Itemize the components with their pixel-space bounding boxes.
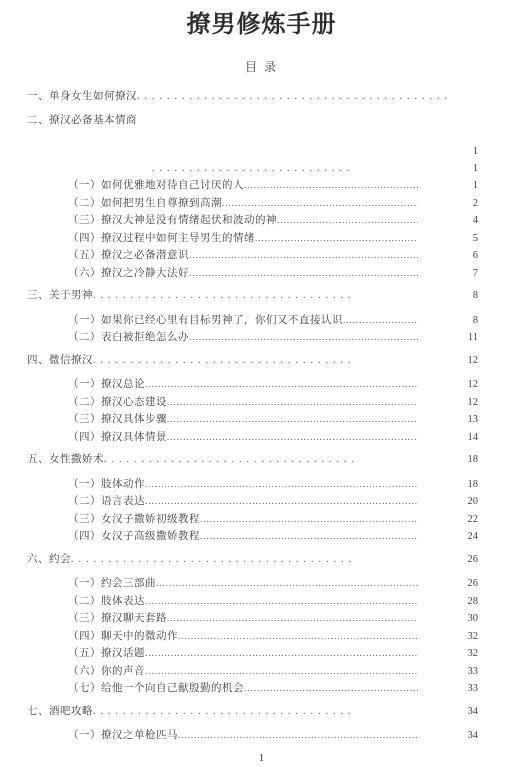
toc-chapter-row: 七、酒吧攻略34 <box>0 704 523 721</box>
toc-entry-page: 32 <box>452 646 478 663</box>
toc-entry-label: （七）给他一个向自己献殷勤的机会 <box>68 681 244 698</box>
toc-entry-page: 18 <box>452 477 478 494</box>
toc-entry-page: 12 <box>452 353 478 370</box>
toc-entry-label: 一、单身女生如何撩汉 <box>27 89 137 106</box>
toc-entry-page: 1 <box>452 178 478 195</box>
toc-entry-page: 24 <box>452 529 478 546</box>
dot-leader <box>152 161 355 178</box>
toc-entry-row: （七）给他一个向自己献殷勤的机会33 <box>0 680 523 698</box>
dot-leader <box>71 552 355 569</box>
toc-entry-label: （一）撩汉总论 <box>68 377 145 394</box>
toc-entry-row: （一）如果你已经心里有目标男神了，你们又不直接认识8 <box>0 312 523 330</box>
dot-leader <box>255 230 418 247</box>
toc-entry-label: （五）撩汉之必备潜意识 <box>68 248 189 265</box>
toc-entry-label: （四）撩汉过程中如何主导男生的情绪 <box>68 231 255 248</box>
toc-entry-label: （二）肢体表达 <box>68 594 145 611</box>
toc-chapter-row: 二、撩汉必备基本情商 <box>0 113 523 130</box>
toc-entry-label: （四）撩汉具体情景 <box>68 430 167 447</box>
toc-entry-label: （一）如果你已经心里有目标男神了，你们又不直接认识 <box>68 313 343 330</box>
dot-leader <box>200 528 418 545</box>
toc-entry-row: （一）撩汉总论12 <box>0 376 523 394</box>
toc-entry-page: 1 <box>452 144 478 161</box>
toc-entry-page: 34 <box>452 728 478 745</box>
toc-entry-row: （四）女汉子高级撒娇教程24 <box>0 528 523 546</box>
toc-entry-label: （三）撩汉具体步骤 <box>68 412 167 429</box>
toc-entry-page: 4 <box>452 213 478 230</box>
dot-leader <box>93 353 355 370</box>
toc-entry-label: （一）如何优雅地对待自己讨厌的人 <box>68 178 244 195</box>
toc-entry-row: （四）聊天中的微动作32 <box>0 628 523 646</box>
toc-entry-label: （一）撩汉之单枪匹马 <box>68 728 178 745</box>
toc-entry-page: 13 <box>452 412 478 429</box>
toc-entry-row: （六）撩汉之冷静大法好7 <box>0 265 523 283</box>
toc-entry-label: 七、酒吧攻略 <box>27 704 93 721</box>
toc-entry-page: 6 <box>452 248 478 265</box>
toc-chapter-row: 三、关于男神8 <box>0 288 523 305</box>
dot-leader <box>189 329 418 346</box>
toc-entry-label: 五、女性撒娇术 <box>27 452 104 469</box>
toc-entry-label: 三、关于男神 <box>27 288 93 305</box>
toc-entry-page: 18 <box>452 452 478 469</box>
toc-entry-label: （三）女汉子撒娇初级教程 <box>68 512 200 529</box>
toc-entry-page: 2 <box>452 196 478 213</box>
dot-leader <box>200 511 418 528</box>
toc-entry-page: 20 <box>452 494 478 511</box>
toc-entry-page: 5 <box>452 231 478 248</box>
toc-entry-page: 33 <box>452 664 478 681</box>
toc-entry-page: 11 <box>452 330 478 347</box>
toc-entry-row: （二）撩汉心态建设12 <box>0 394 523 412</box>
dot-leader <box>167 429 418 446</box>
dot-leader <box>343 312 418 329</box>
toc-entry-row: （三）撩汉大神是没有情绪起伏和波动的神4 <box>0 212 523 230</box>
footer-page-number: 1 <box>0 752 523 764</box>
toc-entry-row: （二）表白被拒绝怎么办11 <box>0 329 523 347</box>
dot-leader <box>178 628 418 645</box>
toc-entry-page: 33 <box>452 681 478 698</box>
toc-entry-page: 14 <box>452 430 478 447</box>
dot-leader <box>167 394 418 411</box>
toc-entry-row: （三）撩汉聊天套路30 <box>0 610 523 628</box>
dot-leader <box>167 610 418 627</box>
toc-entry-label: （四）聊天中的微动作 <box>68 629 178 646</box>
dot-leader <box>156 575 418 592</box>
dot-leader <box>145 663 418 680</box>
toc-entry-label: （五）撩汉话题 <box>68 646 145 663</box>
toc-entry-label: （四）女汉子高级撒娇教程 <box>68 529 200 546</box>
toc-entry-row: （四）撩汉具体情景14 <box>0 429 523 447</box>
dot-leader <box>178 727 418 744</box>
toc-entry-row: （二）如何把男生自尊撩到高潮2 <box>0 195 523 213</box>
toc-entry-label: （三）撩汉大神是没有情绪起伏和波动的神 <box>68 213 277 230</box>
toc-entry-page: 34 <box>452 704 478 721</box>
toc-entry-page: 26 <box>452 552 478 569</box>
toc-entry-page: 12 <box>452 395 478 412</box>
toc-entry-row: （一）约会三部曲26 <box>0 575 523 593</box>
toc-entry-label: （一）约会三部曲 <box>68 576 156 593</box>
dot-leader <box>244 680 418 697</box>
toc-entry-label: 四、微信撩汉 <box>27 353 93 370</box>
toc-entry-label: （二）撩汉心态建设 <box>68 395 167 412</box>
toc-entry-row: （二）肢体表达28 <box>0 593 523 611</box>
toc-entry-label: 六、约会 <box>27 552 71 569</box>
toc-entry-row: （六）你的声音33 <box>0 663 523 681</box>
toc-entry-label: （二）表白被拒绝怎么办 <box>68 330 189 347</box>
document-page: 撩男修炼手册 目 录 一、单身女生如何撩汉二、撩汉必备基本情商11（一）如何优雅… <box>0 0 523 767</box>
toc-entry-row: 1 <box>0 144 523 161</box>
dot-leader <box>189 265 418 282</box>
dot-leader <box>93 288 355 305</box>
dot-leader <box>167 411 418 428</box>
toc-entry-label: （一）肢体动作 <box>68 477 145 494</box>
toc-entry-label: （二）如何把男生自尊撩到高潮 <box>68 196 222 213</box>
toc-entry-page: 12 <box>452 377 478 394</box>
dot-leader <box>93 704 355 721</box>
dot-leader <box>145 645 418 662</box>
dot-leader <box>145 376 418 393</box>
toc-entry-page: 8 <box>452 288 478 305</box>
dot-leader <box>145 476 418 493</box>
toc-chapter-row: 五、女性撒娇术18 <box>0 452 523 469</box>
toc-entry-page: 8 <box>452 313 478 330</box>
toc-entry-page: 30 <box>452 611 478 628</box>
toc-entry-row: （一）肢体动作18 <box>0 476 523 494</box>
toc-entry-row: （一）撩汉之单枪匹马34 <box>0 727 523 745</box>
dot-leader <box>104 452 355 469</box>
dot-leader <box>145 493 418 510</box>
toc-entry-page: 22 <box>452 512 478 529</box>
dot-leader <box>277 212 418 229</box>
toc-entry-page: 28 <box>452 594 478 611</box>
toc-chapter-row: 六、约会26 <box>0 552 523 569</box>
document-title: 撩男修炼手册 <box>0 0 523 41</box>
toc-entry-page: 7 <box>452 266 478 283</box>
toc-entry-label: （三）撩汉聊天套路 <box>68 611 167 628</box>
toc-chapter-row: 一、单身女生如何撩汉 <box>0 89 523 106</box>
dot-leader <box>222 195 418 212</box>
toc-list: 一、单身女生如何撩汉二、撩汉必备基本情商11（一）如何优雅地对待自己讨厌的人1（… <box>0 89 523 745</box>
dot-leader <box>137 89 452 106</box>
toc-entry-row: （五）撩汉话题32 <box>0 645 523 663</box>
toc-entry-row: （三）撩汉具体步骤13 <box>0 411 523 429</box>
toc-entry-label: （六）撩汉之冷静大法好 <box>68 266 189 283</box>
toc-entry-page: 32 <box>452 629 478 646</box>
toc-entry-row: 1 <box>0 161 523 178</box>
toc-entry-row: （一）如何优雅地对待自己讨厌的人1 <box>0 177 523 195</box>
toc-chapter-row: 四、微信撩汉12 <box>0 353 523 370</box>
toc-entry-label: （二）语言表达 <box>68 494 145 511</box>
toc-entry-row: （二）语言表达20 <box>0 493 523 511</box>
toc-entry-label: （六）你的声音 <box>68 664 145 681</box>
toc-heading: 目 录 <box>0 60 523 74</box>
toc-entry-row: （三）女汉子撒娇初级教程22 <box>0 511 523 529</box>
dot-leader <box>145 593 418 610</box>
toc-entry-row: （五）撩汉之必备潜意识6 <box>0 247 523 265</box>
toc-entry-page: 26 <box>452 576 478 593</box>
toc-entry-page: 1 <box>452 161 478 178</box>
dot-leader <box>189 247 418 264</box>
toc-entry-label: 二、撩汉必备基本情商 <box>27 113 137 130</box>
dot-leader <box>244 177 418 194</box>
toc-entry-row: （四）撩汉过程中如何主导男生的情绪5 <box>0 230 523 248</box>
